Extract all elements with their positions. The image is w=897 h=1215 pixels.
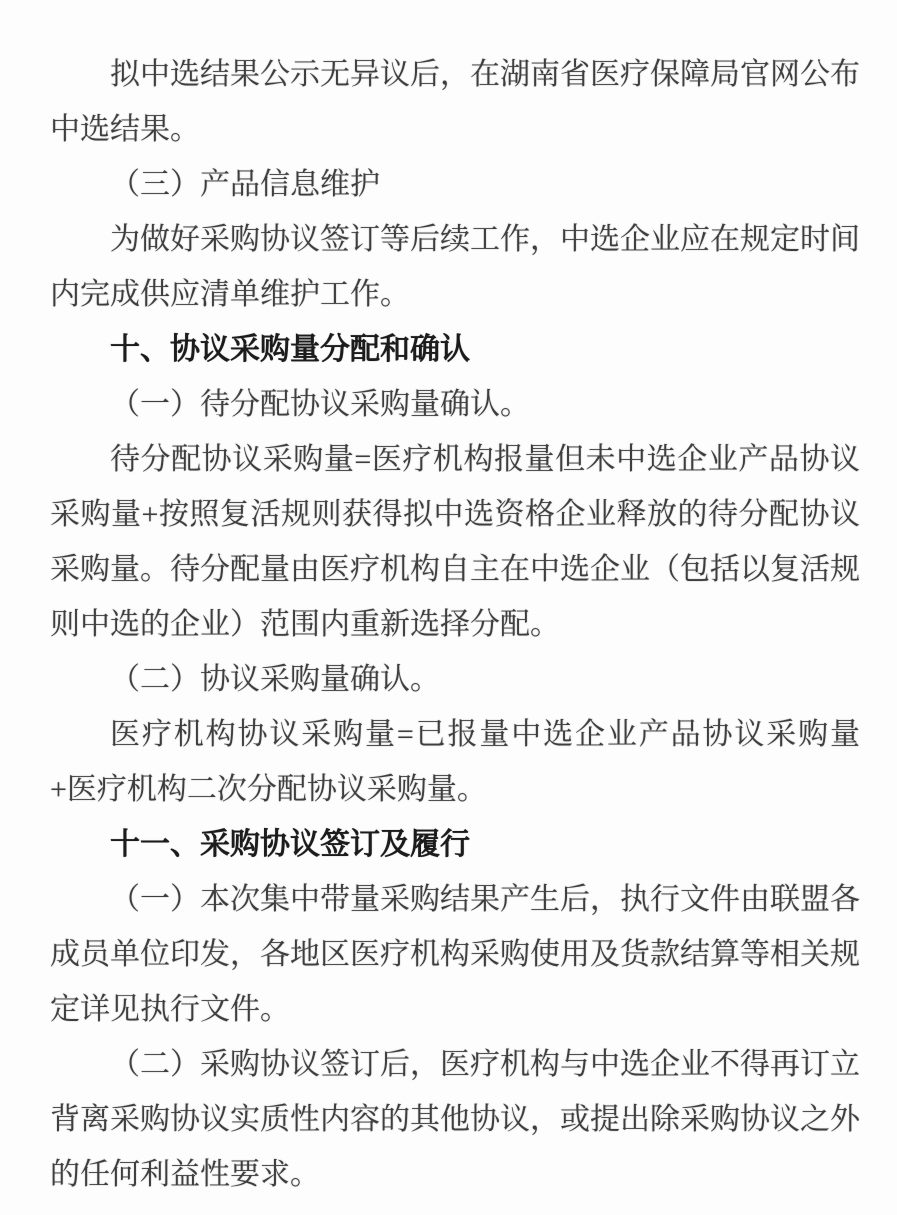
paragraph: （三）产品信息维护: [50, 157, 860, 212]
document-text-block: 拟中选结果公示无异议后，在湖南省医疗保障局官网公布中选结果。（三）产品信息维护为…: [50, 47, 860, 1202]
paragraph: （二）协议采购量确认。: [50, 652, 860, 707]
paragraph: 拟中选结果公示无异议后，在湖南省医疗保障局官网公布中选结果。: [50, 47, 860, 157]
paragraph: 为做好采购协议签订等后续工作，中选企业应在规定时间内完成供应清单维护工作。: [50, 212, 860, 322]
document-page: 拟中选结果公示无异议后，在湖南省医疗保障局官网公布中选结果。（三）产品信息维护为…: [0, 0, 897, 1215]
paragraph: （一）待分配协议采购量确认。: [50, 377, 860, 432]
paragraph: 医疗机构协议采购量=已报量中选企业产品协议采购量+医疗机构二次分配协议采购量。: [50, 707, 860, 817]
section-heading: 十一、采购协议签订及履行: [50, 817, 860, 872]
paragraph: （二）采购协议签订后，医疗机构与中选企业不得再订立背离采购协议实质性内容的其他协…: [50, 1037, 860, 1202]
paragraph: （一）本次集中带量采购结果产生后，执行文件由联盟各成员单位印发，各地区医疗机构采…: [50, 872, 860, 1037]
section-heading: 十、协议采购量分配和确认: [50, 322, 860, 377]
paragraph: 待分配协议采购量=医疗机构报量但未中选企业产品协议采购量+按照复活规则获得拟中选…: [50, 432, 860, 652]
